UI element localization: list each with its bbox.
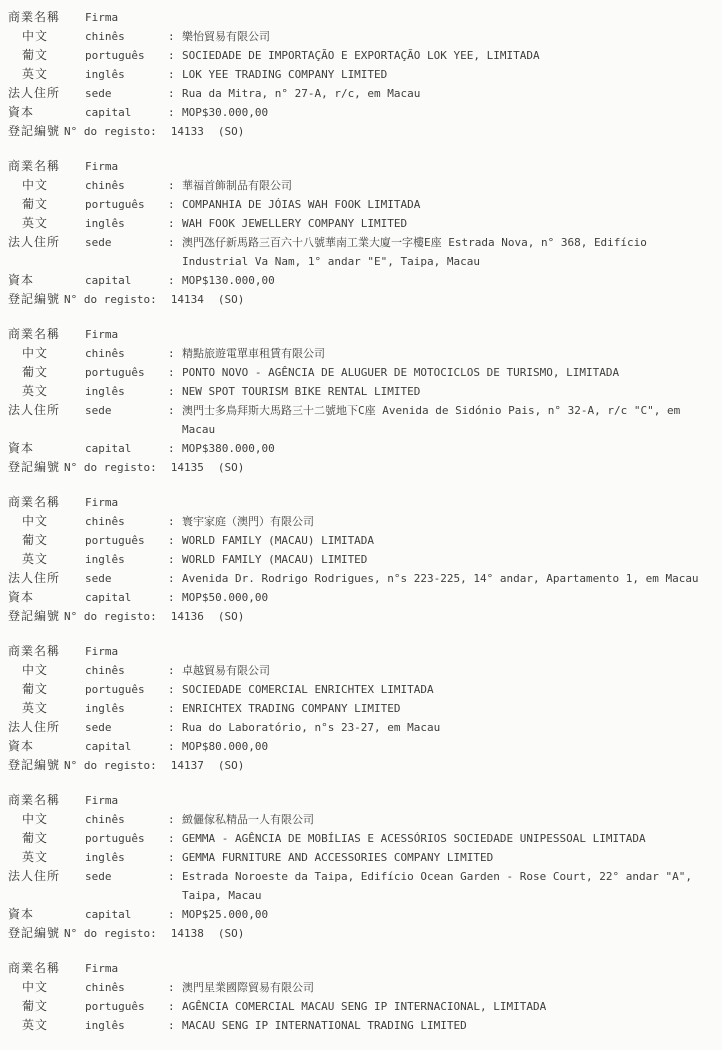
record-row-capital: 資本capital:MOP$130.000,00 xyxy=(8,271,714,290)
field-label-pt-english-name: inglês xyxy=(85,1016,168,1035)
field-label-zh-chinese-name: 中文 xyxy=(8,512,85,531)
record-row-registration-number: 登記編號N° do registo:14138(SO) xyxy=(8,924,714,943)
field-value-capital: MOP$130.000,00 xyxy=(182,271,714,290)
field-label-zh-chinese-name: 中文 xyxy=(8,27,85,46)
field-label-pt-portuguese-name: português xyxy=(85,531,168,550)
record-row-english-name: 英文inglês:MACAU SENG IP INTERNATIONAL TRA… xyxy=(8,1016,714,1035)
colon-separator: : xyxy=(168,905,182,924)
field-label-zh-address: 法人住所 xyxy=(8,867,85,886)
record-row-english-name: 英文inglês:WAH FOOK JEWELLERY COMPANY LIMI… xyxy=(8,214,714,233)
field-label-zh-address: 法人住所 xyxy=(8,569,85,588)
field-value-chinese-name: 澳門星業國際貿易有限公司 xyxy=(182,978,714,997)
field-value-capital: MOP$380.000,00 xyxy=(182,439,714,458)
field-label-pt-capital: capital xyxy=(85,103,168,122)
record-row-capital: 資本capital:MOP$25.000,00 xyxy=(8,905,714,924)
field-label-pt-firma: Firma xyxy=(85,959,168,978)
field-label-zh-address: 法人住所 xyxy=(8,401,85,420)
record-row-capital: 資本capital:MOP$50.000,00 xyxy=(8,588,714,607)
field-label-zh-address: 法人住所 xyxy=(8,718,85,737)
field-value-portuguese-name: GEMMA - AGÊNCIA DE MOBÍLIAS E ACESSÓRIOS… xyxy=(182,829,714,848)
field-label-zh-capital: 資本 xyxy=(8,905,85,924)
field-value-registration: 14133(SO) xyxy=(171,122,245,141)
registration-number: 14136 xyxy=(171,610,204,623)
colon-separator: : xyxy=(168,1016,182,1035)
field-label-pt-english-name: inglês xyxy=(85,848,168,867)
field-label-pt-address: sede xyxy=(85,569,168,588)
record-row-chinese-name: 中文chinês:寰宇家庭（澳門）有限公司 xyxy=(8,512,714,531)
field-label-zh-chinese-name: 中文 xyxy=(8,978,85,997)
field-label-pt-registration: N° do registo: xyxy=(64,607,157,626)
record-row-registration-number: 登記編號N° do registo:14137(SO) xyxy=(8,756,714,775)
field-label-zh-registration: 登記編號 xyxy=(8,290,64,309)
field-value-portuguese-name: PONTO NOVO - AGÊNCIA DE ALUGUER DE MOTOC… xyxy=(182,363,714,382)
field-label-pt-capital: capital xyxy=(85,737,168,756)
field-label-pt-address: sede xyxy=(85,867,168,886)
field-value-capital: MOP$30.000,00 xyxy=(182,103,714,122)
colon-separator: : xyxy=(168,848,182,867)
field-label-pt-chinese-name: chinês xyxy=(85,978,168,997)
field-label-pt-address: sede xyxy=(85,84,168,103)
field-label-pt-firma: Firma xyxy=(85,493,168,512)
field-label-zh-capital: 資本 xyxy=(8,737,85,756)
field-label-zh-firma: 商業名稱 xyxy=(8,325,85,344)
field-value-chinese-name: 樂怡貿易有限公司 xyxy=(182,27,714,46)
record-row-firma: 商業名稱Firma xyxy=(8,157,714,176)
colon-separator: : xyxy=(168,176,182,195)
field-label-pt-english-name: inglês xyxy=(85,550,168,569)
colon-separator: : xyxy=(168,588,182,607)
record-row-chinese-name: 中文chinês:卓越貿易有限公司 xyxy=(8,661,714,680)
field-label-pt-portuguese-name: português xyxy=(85,997,168,1016)
company-record: 商業名稱Firma中文chinês:緻儷傢私精品一人有限公司葡文portuguê… xyxy=(8,791,714,943)
colon-separator: : xyxy=(168,829,182,848)
field-value-capital: MOP$25.000,00 xyxy=(182,905,714,924)
field-value-english-name: NEW SPOT TOURISM BIKE RENTAL LIMITED xyxy=(182,382,714,401)
field-label-pt-firma: Firma xyxy=(85,642,168,661)
field-label-zh-registration: 登記編號 xyxy=(8,458,64,477)
record-row-address: 法人住所sede:Estrada Noroeste da Taipa, Edif… xyxy=(8,867,714,905)
field-label-pt-firma: Firma xyxy=(85,791,168,810)
record-row-portuguese-name: 葡文português:AGÊNCIA COMERCIAL MACAU SENG… xyxy=(8,997,714,1016)
colon-separator: : xyxy=(168,46,182,65)
record-row-capital: 資本capital:MOP$80.000,00 xyxy=(8,737,714,756)
field-value-chinese-name: 華福首飾制品有限公司 xyxy=(182,176,714,195)
company-record: 商業名稱Firma中文chinês:樂怡貿易有限公司葡文português:SO… xyxy=(8,8,714,141)
colon-separator: : xyxy=(168,718,182,737)
field-label-zh-chinese-name: 中文 xyxy=(8,344,85,363)
field-label-pt-registration: N° do registo: xyxy=(64,924,157,943)
colon-separator: : xyxy=(168,27,182,46)
field-value-chinese-name: 寰宇家庭（澳門）有限公司 xyxy=(182,512,714,531)
registration-code: (SO) xyxy=(218,461,245,474)
field-value-chinese-name: 緻儷傢私精品一人有限公司 xyxy=(182,810,714,829)
colon-separator: : xyxy=(168,344,182,363)
registration-code: (SO) xyxy=(218,759,245,772)
field-value-registration: 14137(SO) xyxy=(171,756,245,775)
company-record: 商業名稱Firma中文chinês:華福首飾制品有限公司葡文português:… xyxy=(8,157,714,309)
field-label-pt-chinese-name: chinês xyxy=(85,661,168,680)
field-label-zh-english-name: 英文 xyxy=(8,550,85,569)
field-label-pt-portuguese-name: português xyxy=(85,363,168,382)
field-label-zh-english-name: 英文 xyxy=(8,848,85,867)
record-row-english-name: 英文inglês:WORLD FAMILY (MACAU) LIMITED xyxy=(8,550,714,569)
record-row-firma: 商業名稱Firma xyxy=(8,642,714,661)
field-label-zh-english-name: 英文 xyxy=(8,1016,85,1035)
colon-separator: : xyxy=(168,550,182,569)
field-value-chinese-name: 卓越貿易有限公司 xyxy=(182,661,714,680)
field-label-zh-firma: 商業名稱 xyxy=(8,959,85,978)
registration-code: (SO) xyxy=(218,293,245,306)
registration-number: 14137 xyxy=(171,759,204,772)
record-row-firma: 商業名稱Firma xyxy=(8,791,714,810)
field-value-portuguese-name: COMPANHIA DE JÓIAS WAH FOOK LIMITADA xyxy=(182,195,714,214)
colon-separator: : xyxy=(168,103,182,122)
field-label-zh-portuguese-name: 葡文 xyxy=(8,829,85,848)
field-value-english-name: WAH FOOK JEWELLERY COMPANY LIMITED xyxy=(182,214,714,233)
record-row-chinese-name: 中文chinês:華福首飾制品有限公司 xyxy=(8,176,714,195)
field-value-registration: 14135(SO) xyxy=(171,458,245,477)
record-row-chinese-name: 中文chinês:緻儷傢私精品一人有限公司 xyxy=(8,810,714,829)
record-row-portuguese-name: 葡文português:PONTO NOVO - AGÊNCIA DE ALUG… xyxy=(8,363,714,382)
field-label-pt-firma: Firma xyxy=(85,157,168,176)
field-label-zh-english-name: 英文 xyxy=(8,214,85,233)
record-row-registration-number: 登記編號N° do registo:14134(SO) xyxy=(8,290,714,309)
colon-separator: : xyxy=(168,699,182,718)
field-value-address: Rua do Laboratório, n°s 23-27, em Macau xyxy=(182,718,714,737)
field-label-pt-english-name: inglês xyxy=(85,699,168,718)
colon-separator: : xyxy=(168,680,182,699)
colon-separator: : xyxy=(168,867,182,886)
field-label-pt-address: sede xyxy=(85,718,168,737)
field-label-zh-english-name: 英文 xyxy=(8,382,85,401)
field-label-pt-registration: N° do registo: xyxy=(64,756,157,775)
field-label-pt-chinese-name: chinês xyxy=(85,512,168,531)
colon-separator: : xyxy=(168,737,182,756)
record-row-registration-number: 登記編號N° do registo:14136(SO) xyxy=(8,607,714,626)
field-label-pt-firma: Firma xyxy=(85,8,168,27)
field-value-capital: MOP$50.000,00 xyxy=(182,588,714,607)
record-row-address: 法人住所sede:澳門士多鳥拜斯大馬路三十二號地下C座 Avenida de S… xyxy=(8,401,714,439)
field-label-pt-address: sede xyxy=(85,233,168,252)
field-label-pt-capital: capital xyxy=(85,905,168,924)
record-row-address: 法人住所sede:Rua do Laboratório, n°s 23-27, … xyxy=(8,718,714,737)
record-row-registration-number: 登記編號N° do registo:14133(SO) xyxy=(8,122,714,141)
colon-separator: : xyxy=(168,214,182,233)
record-row-portuguese-name: 葡文português:GEMMA - AGÊNCIA DE MOBÍLIAS … xyxy=(8,829,714,848)
field-value-portuguese-name: SOCIEDADE DE IMPORTAÇÃO E EXPORTAÇÃO LOK… xyxy=(182,46,714,65)
field-label-zh-capital: 資本 xyxy=(8,271,85,290)
record-row-portuguese-name: 葡文português:COMPANHIA DE JÓIAS WAH FOOK … xyxy=(8,195,714,214)
colon-separator: : xyxy=(168,810,182,829)
field-value-chinese-name: 精點旅遊電單車租賃有限公司 xyxy=(182,344,714,363)
field-label-zh-portuguese-name: 葡文 xyxy=(8,531,85,550)
field-label-zh-registration: 登記編號 xyxy=(8,607,64,626)
field-label-zh-capital: 資本 xyxy=(8,439,85,458)
field-label-zh-capital: 資本 xyxy=(8,588,85,607)
field-label-pt-capital: capital xyxy=(85,588,168,607)
record-row-capital: 資本capital:MOP$30.000,00 xyxy=(8,103,714,122)
field-value-address: Estrada Noroeste da Taipa, Edifício Ocea… xyxy=(182,867,714,905)
record-row-english-name: 英文inglês:GEMMA FURNITURE AND ACCESSORIES… xyxy=(8,848,714,867)
field-label-pt-english-name: inglês xyxy=(85,382,168,401)
colon-separator: : xyxy=(168,382,182,401)
colon-separator: : xyxy=(168,997,182,1016)
field-value-address: Avenida Dr. Rodrigo Rodrigues, n°s 223-2… xyxy=(182,569,714,588)
registration-code: (SO) xyxy=(218,927,245,940)
record-row-registration-number: 登記編號N° do registo:14135(SO) xyxy=(8,458,714,477)
registration-code: (SO) xyxy=(218,125,245,138)
record-row-english-name: 英文inglês:LOK YEE TRADING COMPANY LIMITED xyxy=(8,65,714,84)
field-label-zh-portuguese-name: 葡文 xyxy=(8,680,85,699)
field-value-portuguese-name: WORLD FAMILY (MACAU) LIMITADA xyxy=(182,531,714,550)
field-label-pt-capital: capital xyxy=(85,439,168,458)
field-label-pt-registration: N° do registo: xyxy=(64,290,157,309)
company-record: 商業名稱Firma中文chinês:寰宇家庭（澳門）有限公司葡文portuguê… xyxy=(8,493,714,626)
colon-separator: : xyxy=(168,512,182,531)
record-row-chinese-name: 中文chinês:精點旅遊電單車租賃有限公司 xyxy=(8,344,714,363)
field-label-pt-chinese-name: chinês xyxy=(85,27,168,46)
record-row-firma: 商業名稱Firma xyxy=(8,325,714,344)
field-label-zh-chinese-name: 中文 xyxy=(8,810,85,829)
record-row-english-name: 英文inglês:NEW SPOT TOURISM BIKE RENTAL LI… xyxy=(8,382,714,401)
field-label-pt-portuguese-name: português xyxy=(85,829,168,848)
field-label-zh-address: 法人住所 xyxy=(8,233,85,252)
colon-separator: : xyxy=(168,84,182,103)
field-value-english-name: LOK YEE TRADING COMPANY LIMITED xyxy=(182,65,714,84)
field-value-english-name: ENRICHTEX TRADING COMPANY LIMITED xyxy=(182,699,714,718)
field-label-pt-portuguese-name: português xyxy=(85,680,168,699)
colon-separator: : xyxy=(168,569,182,588)
registration-number: 14135 xyxy=(171,461,204,474)
colon-separator: : xyxy=(168,233,182,252)
field-label-pt-capital: capital xyxy=(85,271,168,290)
field-label-zh-firma: 商業名稱 xyxy=(8,493,85,512)
field-label-pt-address: sede xyxy=(85,401,168,420)
colon-separator: : xyxy=(168,195,182,214)
field-value-address: 澳門士多鳥拜斯大馬路三十二號地下C座 Avenida de Sidónio Pa… xyxy=(182,401,714,439)
field-value-portuguese-name: AGÊNCIA COMERCIAL MACAU SENG IP INTERNAC… xyxy=(182,997,714,1016)
gazette-page: 商業名稱Firma中文chinês:樂怡貿易有限公司葡文português:SO… xyxy=(0,0,722,1035)
record-row-portuguese-name: 葡文português:SOCIEDADE DE IMPORTAÇÃO E EX… xyxy=(8,46,714,65)
record-row-portuguese-name: 葡文português:WORLD FAMILY (MACAU) LIMITAD… xyxy=(8,531,714,550)
field-label-zh-portuguese-name: 葡文 xyxy=(8,195,85,214)
field-label-zh-chinese-name: 中文 xyxy=(8,661,85,680)
field-label-zh-english-name: 英文 xyxy=(8,65,85,84)
field-label-zh-chinese-name: 中文 xyxy=(8,176,85,195)
registration-number: 14133 xyxy=(171,125,204,138)
field-label-pt-english-name: inglês xyxy=(85,214,168,233)
field-label-pt-chinese-name: chinês xyxy=(85,344,168,363)
field-value-english-name: MACAU SENG IP INTERNATIONAL TRADING LIMI… xyxy=(182,1016,714,1035)
field-label-zh-english-name: 英文 xyxy=(8,699,85,718)
field-value-portuguese-name: SOCIEDADE COMERCIAL ENRICHTEX LIMITADA xyxy=(182,680,714,699)
field-label-zh-registration: 登記編號 xyxy=(8,756,64,775)
field-label-zh-portuguese-name: 葡文 xyxy=(8,46,85,65)
record-row-address: 法人住所sede:Rua da Mitra, n° 27-A, r/c, em … xyxy=(8,84,714,103)
record-row-capital: 資本capital:MOP$380.000,00 xyxy=(8,439,714,458)
colon-separator: : xyxy=(168,661,182,680)
field-value-english-name: GEMMA FURNITURE AND ACCESSORIES COMPANY … xyxy=(182,848,714,867)
field-label-pt-english-name: inglês xyxy=(85,65,168,84)
colon-separator: : xyxy=(168,531,182,550)
record-row-address: 法人住所sede:澳門氹仔新馬路三百六十八號華南工業大廈一字樓E座 Estrad… xyxy=(8,233,714,271)
field-label-pt-chinese-name: chinês xyxy=(85,176,168,195)
field-label-pt-firma: Firma xyxy=(85,325,168,344)
colon-separator: : xyxy=(168,401,182,420)
field-label-pt-registration: N° do registo: xyxy=(64,458,157,477)
field-label-pt-portuguese-name: português xyxy=(85,195,168,214)
colon-separator: : xyxy=(168,978,182,997)
field-label-zh-portuguese-name: 葡文 xyxy=(8,997,85,1016)
field-label-pt-chinese-name: chinês xyxy=(85,810,168,829)
field-label-zh-address: 法人住所 xyxy=(8,84,85,103)
colon-separator: : xyxy=(168,271,182,290)
record-row-firma: 商業名稱Firma xyxy=(8,959,714,978)
field-label-zh-portuguese-name: 葡文 xyxy=(8,363,85,382)
company-record: 商業名稱Firma中文chinês:卓越貿易有限公司葡文português:SO… xyxy=(8,642,714,775)
colon-separator: : xyxy=(168,439,182,458)
field-value-address: Rua da Mitra, n° 27-A, r/c, em Macau xyxy=(182,84,714,103)
field-value-registration: 14138(SO) xyxy=(171,924,245,943)
registration-number: 14134 xyxy=(171,293,204,306)
field-label-zh-firma: 商業名稱 xyxy=(8,157,85,176)
record-row-portuguese-name: 葡文português:SOCIEDADE COMERCIAL ENRICHTE… xyxy=(8,680,714,699)
record-row-chinese-name: 中文chinês:樂怡貿易有限公司 xyxy=(8,27,714,46)
registration-number: 14138 xyxy=(171,927,204,940)
field-value-registration: 14136(SO) xyxy=(171,607,245,626)
field-value-english-name: WORLD FAMILY (MACAU) LIMITED xyxy=(182,550,714,569)
field-label-pt-portuguese-name: português xyxy=(85,46,168,65)
colon-separator: : xyxy=(168,363,182,382)
record-row-address: 法人住所sede:Avenida Dr. Rodrigo Rodrigues, … xyxy=(8,569,714,588)
company-record: 商業名稱Firma中文chinês:精點旅遊電單車租賃有限公司葡文portugu… xyxy=(8,325,714,477)
record-row-firma: 商業名稱Firma xyxy=(8,493,714,512)
field-label-zh-firma: 商業名稱 xyxy=(8,8,85,27)
field-label-zh-firma: 商業名稱 xyxy=(8,642,85,661)
field-label-zh-firma: 商業名稱 xyxy=(8,791,85,810)
registration-code: (SO) xyxy=(218,610,245,623)
record-row-firma: 商業名稱Firma xyxy=(8,8,714,27)
record-row-chinese-name: 中文chinês:澳門星業國際貿易有限公司 xyxy=(8,978,714,997)
colon-separator: : xyxy=(168,65,182,84)
company-record: 商業名稱Firma中文chinês:澳門星業國際貿易有限公司葡文portuguê… xyxy=(8,959,714,1035)
field-value-capital: MOP$80.000,00 xyxy=(182,737,714,756)
record-row-english-name: 英文inglês:ENRICHTEX TRADING COMPANY LIMIT… xyxy=(8,699,714,718)
field-label-zh-registration: 登記編號 xyxy=(8,122,64,141)
field-value-address: 澳門氹仔新馬路三百六十八號華南工業大廈一字樓E座 Estrada Nova, n… xyxy=(182,233,714,271)
field-label-zh-capital: 資本 xyxy=(8,103,85,122)
field-label-pt-registration: N° do registo: xyxy=(64,122,157,141)
field-label-zh-registration: 登記編號 xyxy=(8,924,64,943)
field-value-registration: 14134(SO) xyxy=(171,290,245,309)
